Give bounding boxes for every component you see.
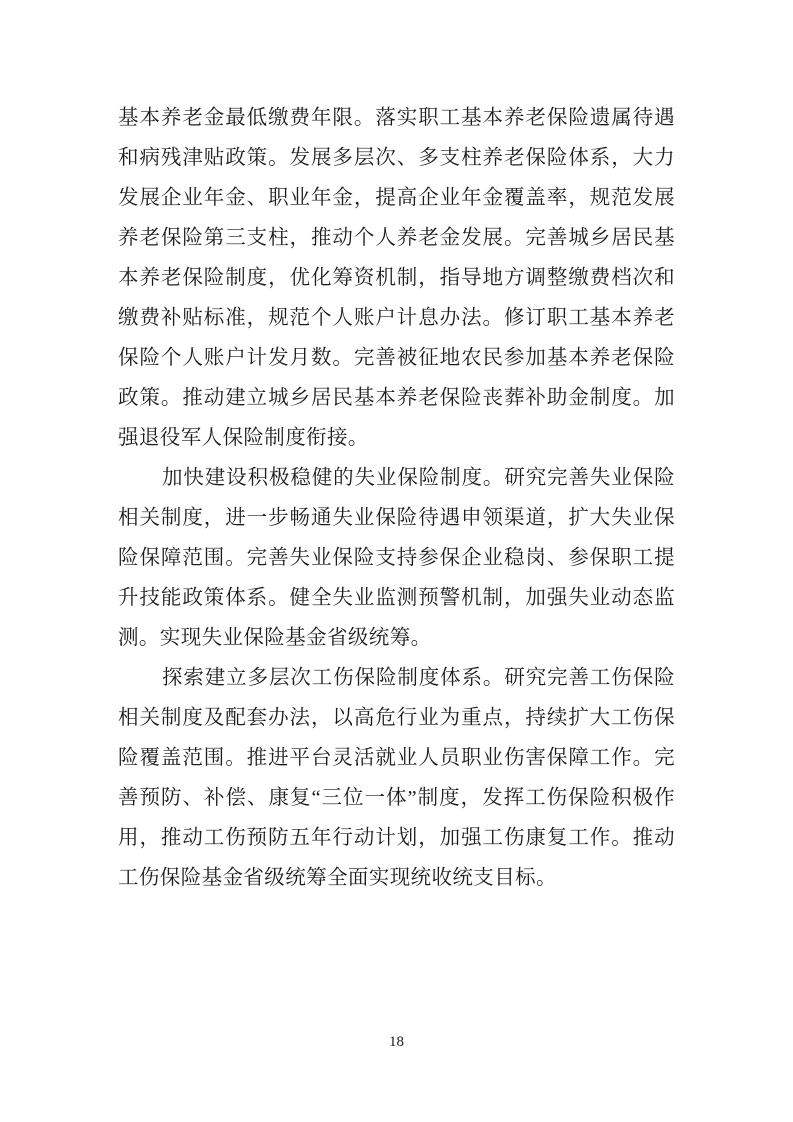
text-line: 强退役军人保险制度衔接。 [118,418,675,458]
text-line: 相关制度，进一步畅通失业保险待遇申领渠道，扩大失业保 [118,498,675,538]
paragraph-work-injury-insurance: 探索建立多层次工伤保险制度体系。研究完善工伤保险 相关制度及配套办法，以高危行业… [118,658,675,898]
document-page: 基本养老金最低缴费年限。落实职工基本养老保险遗属待遇 和病残津贴政策。发展多层次… [0,0,793,1122]
text-line: 和病残津贴政策。发展多层次、多支柱养老保险体系，大力 [118,138,675,178]
text-line: 养老保险第三支柱，推动个人养老金发展。完善城乡居民基 [118,218,675,258]
text-line: 保险个人账户计发月数。完善被征地农民参加基本养老保险 [118,338,675,378]
text-line: 缴费补贴标准，规范个人账户计息办法。修订职工基本养老 [118,298,675,338]
text-line: 用，推动工伤预防五年行动计划，加强工伤康复工作。推动 [118,818,675,858]
text-line: 险保障范围。完善失业保险支持参保企业稳岗、参保职工提 [118,538,675,578]
text-line: 发展企业年金、职业年金，提高企业年金覆盖率，规范发展 [118,178,675,218]
text-line: 本养老保险制度，优化筹资机制，指导地方调整缴费档次和 [118,258,675,298]
text-line: 工伤保险基金省级统筹全面实现统收统支目标。 [118,858,675,898]
text-line: 善预防、补偿、康复“三位一体”制度，发挥工伤保险积极作 [118,778,675,818]
text-line: 升技能政策体系。健全失业监测预警机制，加强失业动态监 [118,578,675,618]
paragraph-unemployment-insurance: 加快建设积极稳健的失业保险制度。研究完善失业保险 相关制度，进一步畅通失业保险待… [118,458,675,658]
page-number: 18 [389,1034,404,1050]
text-line: 加快建设积极稳健的失业保险制度。研究完善失业保险 [118,458,675,498]
paragraph-pension: 基本养老金最低缴费年限。落实职工基本养老保险遗属待遇 和病残津贴政策。发展多层次… [118,98,675,458]
text-line: 测。实现失业保险基金省级统筹。 [118,618,675,658]
page-footer: 18 [0,1031,793,1053]
document-content: 基本养老金最低缴费年限。落实职工基本养老保险遗属待遇 和病残津贴政策。发展多层次… [118,98,675,898]
text-line: 探索建立多层次工伤保险制度体系。研究完善工伤保险 [118,658,675,698]
text-line: 相关制度及配套办法，以高危行业为重点，持续扩大工伤保 [118,698,675,738]
text-line: 政策。推动建立城乡居民基本养老保险丧葬补助金制度。加 [118,378,675,418]
text-line: 基本养老金最低缴费年限。落实职工基本养老保险遗属待遇 [118,98,675,138]
text-line: 险覆盖范围。推进平台灵活就业人员职业伤害保障工作。完 [118,738,675,778]
